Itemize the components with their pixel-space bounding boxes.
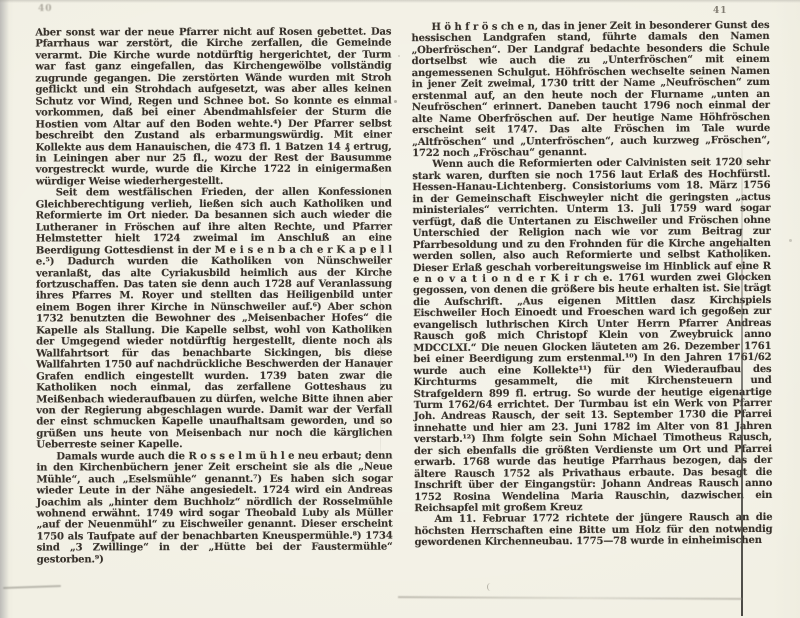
scan-top-edge-shadow <box>0 0 800 3</box>
right-page-text: H ö h f r ö s ch e n, das in jener Zeit … <box>411 20 772 549</box>
left-paragraph-1: Aber sonst war der neue Pfarrer nicht au… <box>35 27 391 188</box>
page-gutter-line <box>380 160 381 470</box>
bottom-left-crease <box>3 585 61 589</box>
scan-speck <box>398 55 400 57</box>
scan-speck <box>487 583 494 591</box>
scan-speck <box>376 364 379 368</box>
left-paragraph-3: Damals wurde auch die R o s s e l m ü h … <box>36 450 392 565</box>
right-paragraph-3: Am 11. Februar 1772 richtete der jüngere… <box>414 512 772 549</box>
bottom-right-crease <box>398 596 742 600</box>
right-paragraph-1: H ö h f r ö s ch e n, das in jener Zeit … <box>411 20 770 160</box>
scan-left-edge-shadow <box>0 0 9 618</box>
scan-speck <box>789 239 792 242</box>
right-paragraph-2: Wenn auch die Reformierten oder Calvinis… <box>412 157 772 514</box>
right-page-number: 41 <box>713 6 728 16</box>
left-page-text: Aber sonst war der neue Pfarrer nicht au… <box>35 27 392 566</box>
scan-speck <box>394 100 397 103</box>
right-page-fold-line <box>741 130 743 616</box>
book-scan: 40 41 Aber sonst war der neue Pfarrer ni… <box>0 0 800 618</box>
left-paragraph-2: Seit dem westfälischen Frieden, der alle… <box>36 187 393 451</box>
left-page-number: 40 <box>38 4 53 14</box>
